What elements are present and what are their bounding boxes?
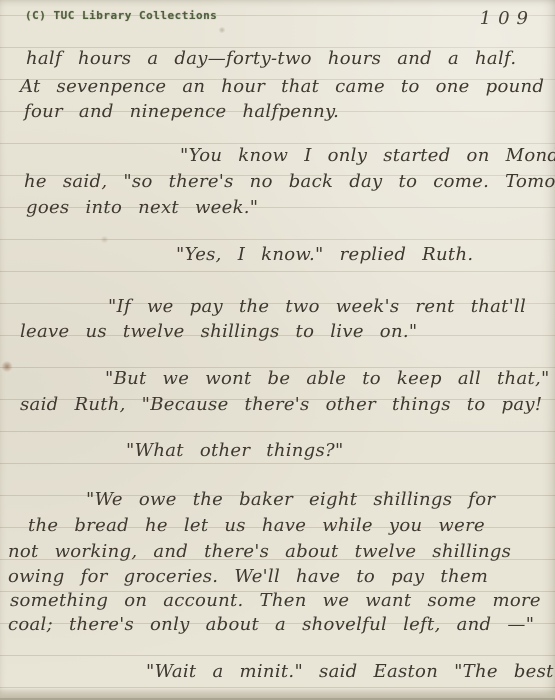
manuscript-line: "You know I only started on Monday", [180,145,555,167]
page-number: 109 [480,8,535,29]
manuscript-line: coal; there's only about a shovelful lef… [8,614,534,636]
manuscript-line: something on account. Then we want some … [10,590,541,612]
manuscript-line: "Wait a minit." said Easton "The best [146,661,554,683]
page-bottom-edge [0,688,555,700]
manuscript-line: not working, and there's about twelve sh… [8,541,511,563]
manuscript-line: the bread he let us have while you were [28,515,485,537]
manuscript-line: "If we pay the two week's rent that'll [108,296,526,318]
manuscript-line: "We owe the baker eight shillings for [86,489,495,511]
manuscript-line: he said, "so there's no back day to come… [24,171,555,193]
paper-stain [100,236,109,243]
manuscript-line: "But we wont be able to keep all that," [105,368,550,390]
library-watermark: (C) TUC Library Collections [25,9,217,22]
manuscript-line: owing for groceries. We'll have to pay t… [8,566,488,588]
manuscript-line: goes into next week." [26,197,258,219]
manuscript-line: half hours a day—forty-two hours and a h… [26,48,516,70]
manuscript-line: four and ninepence halfpenny. [24,101,339,123]
paper-stain [218,27,226,33]
manuscript-line: "What other things?" [126,440,344,462]
manuscript-line: leave us twelve shillings to live on." [20,321,417,343]
manuscript-line: At sevenpence an hour that came to one p… [20,76,544,98]
manuscript-line: "Yes, I know." replied Ruth. [176,244,473,266]
manuscript-page: (C) TUC Library Collections 109 half hou… [0,0,555,700]
manuscript-line: said Ruth, "Because there's other things… [20,394,542,416]
paper-stain [1,361,13,372]
